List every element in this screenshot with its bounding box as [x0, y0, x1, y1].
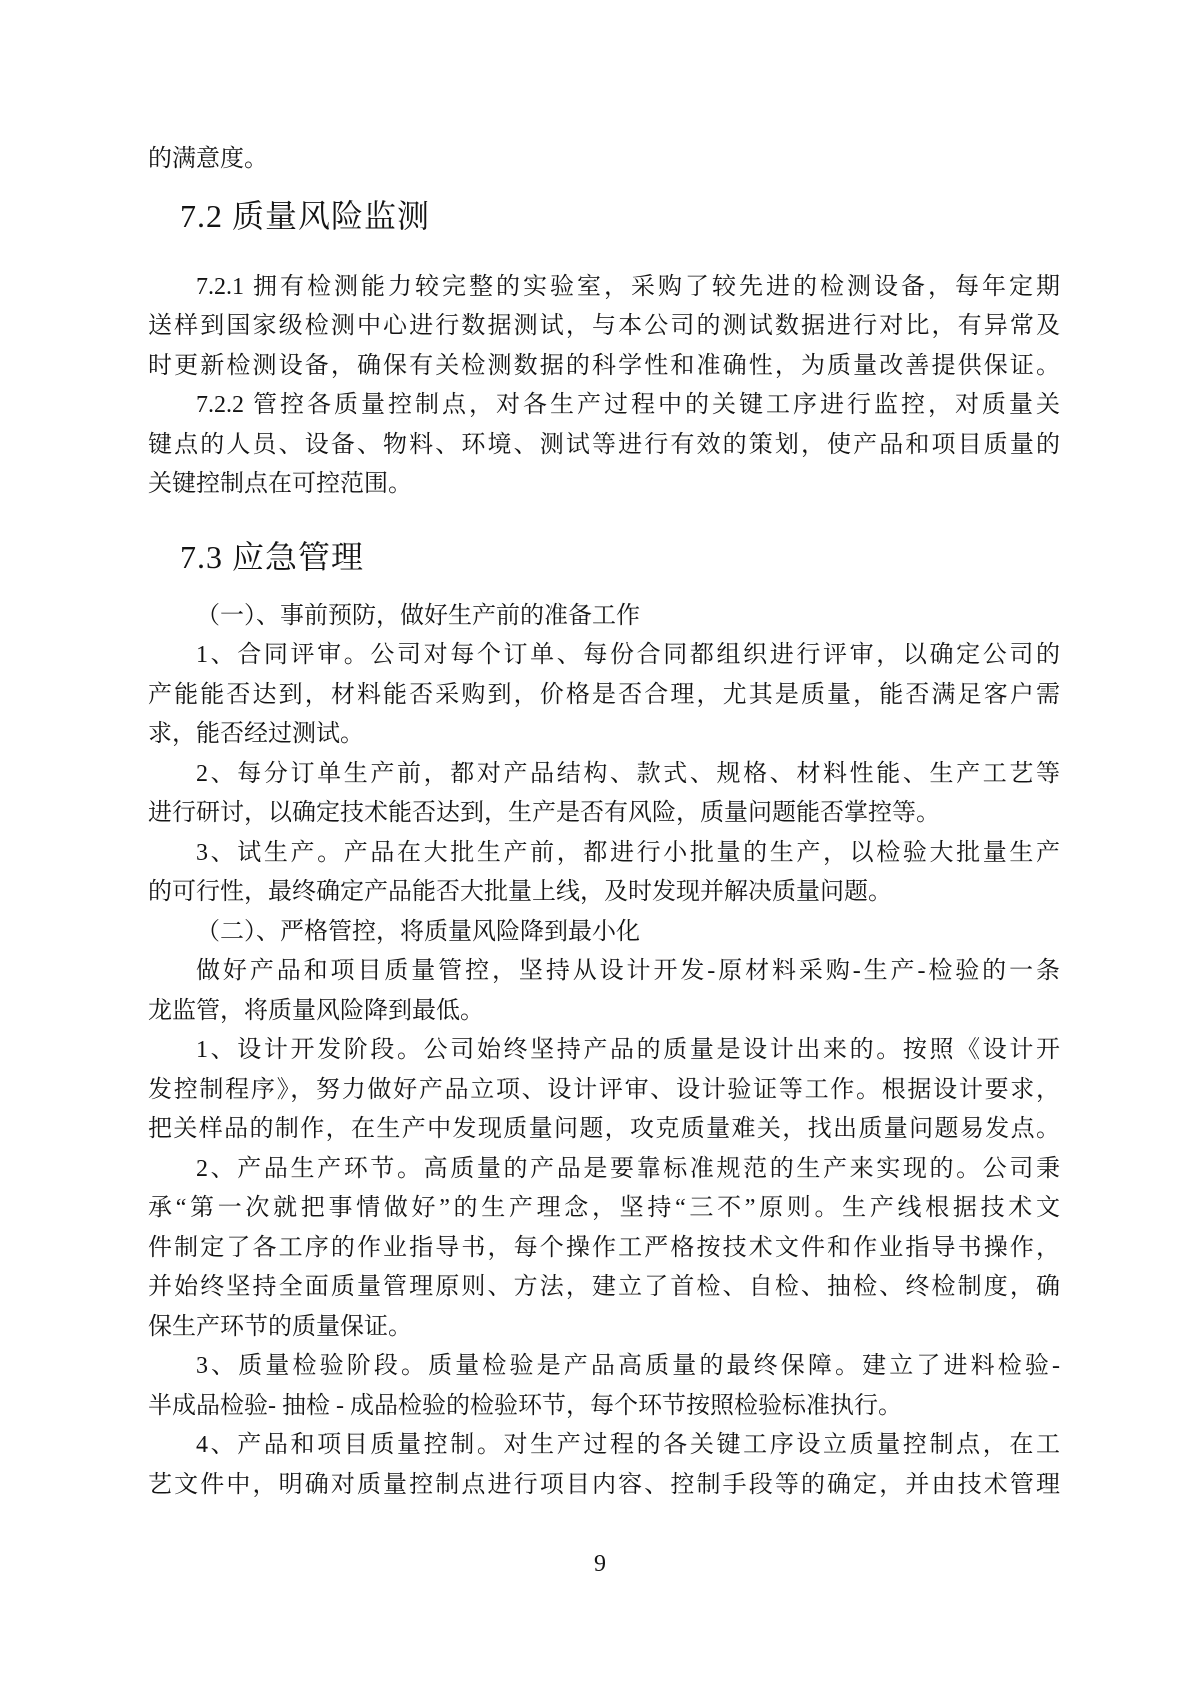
document-page: 的满意度。7.2 质量风险监测7.2.1 拥有检测能力较完整的实验室，采购了较先… — [0, 0, 1200, 1697]
text-line: 半成品检验- 抽检 - 成品检验的检验环节，每个环节按照检验标准执行。 — [148, 1387, 1060, 1427]
text-line: 并始终坚持全面质量管理原则、方法，建立了首检、自检、抽检、终检制度，确 — [148, 1268, 1060, 1308]
paragraph: 3、试生产。产品在大批生产前，都进行小批量的生产，以检验大批量生产的可行性，最终… — [148, 834, 1060, 913]
paragraph: 3、质量检验阶段。质量检验是产品高质量的最终保障。建立了进料检验-半成品检验- … — [148, 1347, 1060, 1426]
section-heading: 7.3 应急管理 — [180, 533, 1060, 581]
text-line: 3、质量检验阶段。质量检验是产品高质量的最终保障。建立了进料检验- — [148, 1347, 1060, 1387]
text-line: 承“第一次就把事情做好”的生产理念，坚持“三不”原则。生产线根据技术文 — [148, 1189, 1060, 1229]
paragraph: （二）、严格管控，将质量风险降到最小化 — [148, 913, 1060, 953]
text-line: 键点的人员、设备、物料、环境、测试等进行有效的策划，使产品和项目质量的 — [148, 426, 1060, 466]
text-line: 1、设计开发阶段。公司始终坚持产品的质量是设计出来的。按照《设计开 — [148, 1031, 1060, 1071]
text-line: 产能能否达到，材料能否采购到，价格是否合理，尤其是质量，能否满足客户需 — [148, 676, 1060, 716]
text-line: 送样到国家级检测中心进行数据测试，与本公司的测试数据进行对比，有异常及 — [148, 307, 1060, 347]
section-heading: 7.2 质量风险监测 — [180, 192, 1060, 240]
text-line: 艺文件中，明确对质量控制点进行项目内容、控制手段等的确定，并由技术管理 — [148, 1466, 1060, 1506]
text-line: 发控制程序》，努力做好产品立项、设计评审、设计验证等工作。根据设计要求， — [148, 1071, 1060, 1111]
text-line: 7.2.2 管控各质量控制点，对各生产过程中的关键工序进行监控，对质量关 — [148, 386, 1060, 426]
document-blocks: 的满意度。7.2 质量风险监测7.2.1 拥有检测能力较完整的实验室，采购了较先… — [148, 140, 1060, 1505]
page-number-footer: 9 — [0, 1549, 1200, 1579]
paragraph: 2、产品生产环节。高质量的产品是要靠标准规范的生产来实现的。公司秉承“第一次就把… — [148, 1150, 1060, 1348]
text-line: 7.2.1 拥有检测能力较完整的实验室，采购了较先进的检测设备，每年定期 — [148, 268, 1060, 308]
paragraph: 做好产品和项目质量管控，坚持从设计开发-原材料采购-生产-检验的一条龙监管，将质… — [148, 952, 1060, 1031]
paragraph: 1、合同评审。公司对每个订单、每份合同都组织进行评审，以确定公司的产能能否达到，… — [148, 636, 1060, 755]
paragraph: 2、每分订单生产前，都对产品结构、款式、规格、材料性能、生产工艺等进行研讨，以确… — [148, 755, 1060, 834]
text-line: 2、产品生产环节。高质量的产品是要靠标准规范的生产来实现的。公司秉 — [148, 1150, 1060, 1190]
paragraph: （一）、事前预防，做好生产前的准备工作 — [148, 597, 1060, 637]
paragraph: 7.2.2 管控各质量控制点，对各生产过程中的关键工序进行监控，对质量关键点的人… — [148, 386, 1060, 505]
text-line: 求，能否经过测试。 — [148, 715, 1060, 755]
text-line: 的可行性，最终确定产品能否大批量上线，及时发现并解决质量问题。 — [148, 873, 1060, 913]
text-line: （一）、事前预防，做好生产前的准备工作 — [148, 597, 1060, 637]
text-line: （二）、严格管控，将质量风险降到最小化 — [148, 913, 1060, 953]
text-line: 龙监管，将质量风险降到最低。 — [148, 992, 1060, 1032]
text-line: 的满意度。 — [148, 140, 1060, 180]
text-line: 关键控制点在可控范围。 — [148, 465, 1060, 505]
text-line: 4、产品和项目质量控制。对生产过程的各关键工序设立质量控制点，在工 — [148, 1426, 1060, 1466]
text-line: 进行研讨，以确定技术能否达到，生产是否有风险，质量问题能否掌控等。 — [148, 794, 1060, 834]
text-line: 件制定了各工序的作业指导书，每个操作工严格按技术文件和作业指导书操作， — [148, 1229, 1060, 1269]
text-line: 保生产环节的质量保证。 — [148, 1308, 1060, 1348]
paragraph: 4、产品和项目质量控制。对生产过程的各关键工序设立质量控制点，在工艺文件中，明确… — [148, 1426, 1060, 1505]
text-line: 做好产品和项目质量管控，坚持从设计开发-原材料采购-生产-检验的一条 — [148, 952, 1060, 992]
text-line: 把关样品的制作，在生产中发现质量问题，攻克质量难关，找出质量问题易发点。 — [148, 1110, 1060, 1150]
text-line: 2、每分订单生产前，都对产品结构、款式、规格、材料性能、生产工艺等 — [148, 755, 1060, 795]
paragraph: 7.2.1 拥有检测能力较完整的实验室，采购了较先进的检测设备，每年定期送样到国… — [148, 268, 1060, 387]
paragraph: 1、设计开发阶段。公司始终坚持产品的质量是设计出来的。按照《设计开发控制程序》，… — [148, 1031, 1060, 1150]
paragraph: 的满意度。 — [148, 140, 1060, 180]
text-line: 3、试生产。产品在大批生产前，都进行小批量的生产，以检验大批量生产 — [148, 834, 1060, 874]
text-line: 1、合同评审。公司对每个订单、每份合同都组织进行评审，以确定公司的 — [148, 636, 1060, 676]
text-line: 时更新检测设备，确保有关检测数据的科学性和准确性，为质量改善提供保证。 — [148, 347, 1060, 387]
